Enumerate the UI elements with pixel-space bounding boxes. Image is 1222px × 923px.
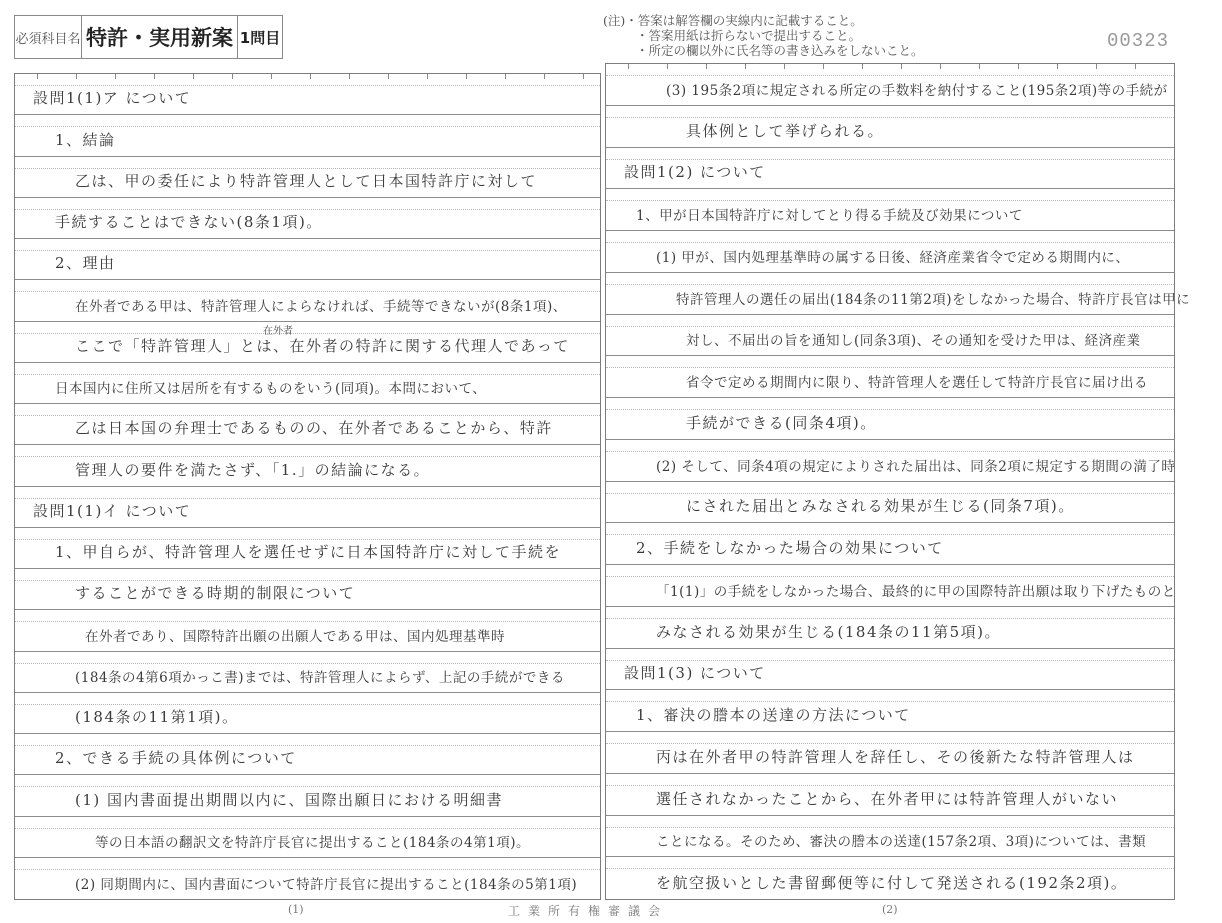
- handwritten-text: 具体例として挙げられる。: [686, 120, 884, 141]
- answer-line: (2) そして、同条4項の規定によりされた届出は、同条2項に規定する期間の満了時: [606, 440, 1174, 482]
- subject-name: 特許・実用新案: [82, 16, 238, 58]
- answer-line: にされた届出とみなされる効果が生じる(同条7項)。: [606, 482, 1174, 524]
- answer-line: (1) 甲が、国内処理基準時の属する日後、経済産業省令で定める期間内に、: [606, 231, 1174, 273]
- handwritten-text: (1) 国内書面提出期間以内に、国際出願日における明細書: [75, 789, 503, 810]
- answer-line: を航空扱いとした書留郵便等に付して発送される(192条2項)。: [606, 857, 1174, 899]
- handwritten-text: ここで「特許管理人」とは、在外者の特許に関する代理人であって: [75, 335, 570, 356]
- handwritten-text: 設問1(1)イ について: [33, 500, 191, 521]
- footer-organization: 工業所有権審議会: [508, 902, 668, 919]
- answer-line: 具体例として挙げられる。: [606, 106, 1174, 148]
- handwritten-text: 手続することはできない(8条1項)。: [55, 211, 323, 232]
- handwritten-text: 選任されなかったことから、在外者甲には特許管理人がいない: [656, 788, 1118, 809]
- handwritten-text: 在外者である甲は、特許管理人によらなければ、手続等できないが(8条1項)、: [75, 295, 567, 315]
- handwritten-text: 等の日本語の翻訳文を特許庁長官に提出すること(184条の4第1項)。: [95, 831, 530, 851]
- answer-line: (184条の11第1項)。: [15, 693, 600, 734]
- handwritten-text: (184条の11第1項)。: [75, 706, 238, 727]
- handwritten-text: (1) 甲が、国内処理基準時の属する日後、経済産業省令で定める期間内に、: [656, 246, 1129, 266]
- answer-line: 設問1(1)イ について: [15, 487, 600, 528]
- handwritten-text: (2) そして、同条4項の規定によりされた届出は、同条2項に規定する期間の満了時: [656, 455, 1175, 475]
- answer-line: 在外者である甲は、特許管理人によらなければ、手続等できないが(8条1項)、: [15, 280, 600, 321]
- handwritten-text: 乙は、甲の委任により特許管理人として日本国特許庁に対して: [75, 170, 537, 191]
- answer-line: ここで「特許管理人」とは、在外者の特許に関する代理人であって在外者: [15, 322, 600, 363]
- answer-line: 等の日本語の翻訳文を特許庁長官に提出すること(184条の4第1項)。: [15, 817, 600, 858]
- handwritten-text: 設問1(2) について: [624, 161, 766, 182]
- handwritten-text: 乙は日本国の弁理士であるものの、在外者であることから、特許: [75, 417, 553, 438]
- answer-line: 選任されなかったことから、在外者甲には特許管理人がいない: [606, 774, 1174, 816]
- answer-line: (3) 195条2項に規定される所定の手数料を納付すること(195条2項)等の手…: [606, 64, 1174, 106]
- handwritten-text: 2、理由: [55, 252, 116, 273]
- handwritten-text: (3) 195条2項に規定される所定の手数料を納付すること(195条2項)等の手…: [666, 79, 1168, 99]
- subject-header-box: 必須科目名 特許・実用新案 1問目: [14, 15, 283, 59]
- handwritten-text: を航空扱いとした書留郵便等に付して発送される(192条2項)。: [656, 872, 1127, 893]
- answer-line: 乙は日本国の弁理士であるものの、在外者であることから、特許: [15, 404, 600, 445]
- note-row-1: (注)・答案は解答欄の実線内に記載すること。: [603, 13, 924, 28]
- handwritten-text: 2、できる手続の具体例について: [55, 747, 297, 768]
- answer-line: (184条の4第6項かっこ書)までは、特許管理人によらず、上記の手続ができる: [15, 652, 600, 693]
- handwritten-text: 対し、不届出の旨を通知し(同条3項)、その通知を受けた甲は、経済産業: [686, 329, 1141, 349]
- answer-line: 1、結論: [15, 115, 600, 156]
- handwritten-text: 手続ができる(同条4項)。: [686, 412, 877, 433]
- answer-line: 1、甲が日本国特許庁に対してとり得る手続及び効果について: [606, 189, 1174, 231]
- answer-line: 2、理由: [15, 239, 600, 280]
- handwritten-text: ことになる。そのため、審決の謄本の送達(157条2項、3項)については、書類: [656, 830, 1146, 850]
- answer-line: みなされる効果が生じる(184条の11第5項)。: [606, 607, 1174, 649]
- handwritten-text: 1、審決の謄本の送達の方法について: [636, 704, 911, 725]
- subject-label: 必須科目名: [15, 16, 82, 58]
- handwritten-text: 1、甲自らが、特許管理人を選任せずに日本国特許庁に対して手続を: [55, 541, 561, 562]
- handwritten-text: 「1(1)」の手続をしなかった場合、最終的に甲の国際特許出願は取り下げたものと: [656, 580, 1176, 600]
- answer-line: (2) 同期間内に、国内書面について特許庁長官に提出すること(184条の5第1項…: [15, 858, 600, 899]
- answer-line: 手続ができる(同条4項)。: [606, 398, 1174, 440]
- answer-line: 1、審決の謄本の送達の方法について: [606, 690, 1174, 732]
- answer-line: 乙は、甲の委任により特許管理人として日本国特許庁に対して: [15, 157, 600, 198]
- handwritten-text: みなされる効果が生じる(184条の11第5項)。: [656, 621, 1001, 642]
- handwritten-text: 設問1(3) について: [624, 662, 766, 683]
- handwritten-text: 丙は在外者甲の特許管理人を辞任し、その後新たな特許管理人は: [656, 746, 1135, 767]
- answer-line: ことになる。そのため、審決の謄本の送達(157条2項、3項)については、書類: [606, 816, 1174, 858]
- handwritten-text: 特許管理人の選任の届出(184条の11第2項)をしなかった場合、特許庁長官は甲に: [676, 288, 1190, 308]
- answer-line: 設問1(1)ア について: [15, 74, 600, 115]
- answer-sheet-page-1: 設問1(1)ア について1、結論乙は、甲の委任により特許管理人として日本国特許庁…: [14, 73, 601, 900]
- answer-line: 2、手続をしなかった場合の効果について: [606, 523, 1174, 565]
- question-number: 1問目: [238, 16, 282, 58]
- answer-line: 特許管理人の選任の届出(184条の11第2項)をしなかった場合、特許庁長官は甲に: [606, 273, 1174, 315]
- note-prefix: (注): [603, 13, 625, 28]
- handwritten-text: 1、結論: [55, 129, 116, 150]
- answer-line: 対し、不届出の旨を通知し(同条3項)、その通知を受けた甲は、経済産業: [606, 315, 1174, 357]
- handwritten-text: 在外者であり、国際特許出願の出願人である甲は、国内処理基準時: [85, 625, 505, 645]
- handwritten-text: 2、手続をしなかった場合の効果について: [636, 537, 944, 558]
- answer-line: 設問1(2) について: [606, 148, 1174, 190]
- answer-line: 設問1(3) について: [606, 649, 1174, 691]
- answer-line: (1) 国内書面提出期間以内に、国際出願日における明細書: [15, 775, 600, 816]
- handwritten-text: 日本国内に住所又は居所を有するものをいう(同項)。本問において、: [55, 377, 486, 397]
- answer-line: 手続することはできない(8条1項)。: [15, 198, 600, 239]
- answer-line: 省令で定める期間内に限り、特許管理人を選任して特許庁長官に届け出る: [606, 356, 1174, 398]
- answer-line: 管理人の要件を満たさず、「1.」の結論になる。: [15, 445, 600, 486]
- handwritten-text: 設問1(1)ア について: [33, 87, 191, 108]
- handwritten-text: 管理人の要件を満たさず、「1.」の結論になる。: [75, 459, 430, 480]
- answer-line: 在外者であり、国際特許出願の出願人である甲は、国内処理基準時: [15, 610, 600, 651]
- instructions-notes: (注)・答案は解答欄の実線内に記載すること。 ・答案用紙は折らないで提出すること…: [603, 13, 924, 58]
- handwritten-text: (184条の4第6項かっこ書)までは、特許管理人によらず、上記の手続ができる: [75, 666, 565, 686]
- serial-number: 00323: [1107, 30, 1169, 52]
- handwritten-text: にされた届出とみなされる効果が生じる(同条7項)。: [686, 495, 1075, 516]
- handwritten-text: 1、甲が日本国特許庁に対してとり得る手続及び効果について: [636, 204, 1023, 224]
- answer-line: 1、甲自らが、特許管理人を選任せずに日本国特許庁に対して手続を: [15, 528, 600, 569]
- answer-line: 2、できる手続の具体例について: [15, 734, 600, 775]
- answer-line: することができる時期的制限について: [15, 569, 600, 610]
- note-row-2: ・答案用紙は折らないで提出すること。: [603, 28, 924, 43]
- inline-correction-annotation: 在外者: [263, 322, 293, 337]
- answer-line: 丙は在外者甲の特許管理人を辞任し、その後新たな特許管理人は: [606, 732, 1174, 774]
- answer-line: 日本国内に住所又は居所を有するものをいう(同項)。本問において、: [15, 363, 600, 404]
- handwritten-text: することができる時期的制限について: [75, 582, 355, 603]
- answer-line: 「1(1)」の手続をしなかった場合、最終的に甲の国際特許出願は取り下げたものと: [606, 565, 1174, 607]
- handwritten-text: 省令で定める期間内に限り、特許管理人を選任して特許庁長官に届け出る: [686, 371, 1148, 391]
- note-item: ・答案は解答欄の実線内に記載すること。: [625, 13, 863, 28]
- handwritten-text: (2) 同期間内に、国内書面について特許庁長官に提出すること(184条の5第1項…: [75, 873, 577, 893]
- note-row-3: ・所定の欄以外に氏名等の書き込みをしないこと。: [603, 43, 924, 58]
- answer-sheet-page-2: (3) 195条2項に規定される所定の手数料を納付すること(195条2項)等の手…: [605, 63, 1175, 900]
- page-number-1: (1): [288, 903, 304, 916]
- page-number-2: (2): [882, 903, 898, 916]
